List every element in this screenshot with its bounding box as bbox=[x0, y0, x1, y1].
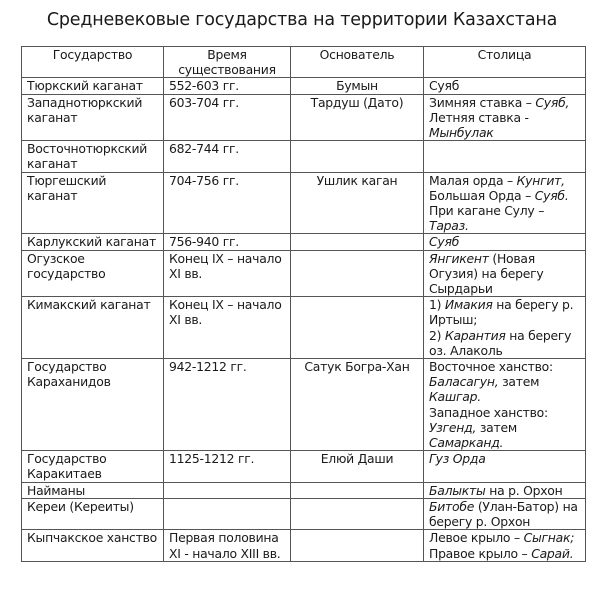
cell-founder: Ушлик каган bbox=[291, 172, 424, 234]
capital-text: 2) bbox=[429, 328, 445, 343]
header-capital: Столица bbox=[424, 47, 586, 78]
cell-state: Восточнотюркский каганат bbox=[22, 141, 164, 172]
cell-period bbox=[164, 498, 291, 529]
header-founder: Основатель bbox=[291, 47, 424, 78]
capital-city-name: Узгенд, bbox=[429, 420, 476, 435]
cell-founder bbox=[291, 498, 424, 529]
capital-text: затем bbox=[498, 374, 539, 389]
capital-city-name: Баласагун, bbox=[429, 374, 498, 389]
cell-capital: Восточное ханство:Баласагун, затем Кашга… bbox=[424, 359, 586, 451]
table-row: Восточнотюркский каганат682-744 гг. bbox=[22, 141, 586, 172]
capital-text: Малая орда – bbox=[429, 173, 517, 188]
cell-state: Тюргешский каганат bbox=[22, 172, 164, 234]
cell-period: 942-1212 гг. bbox=[164, 359, 291, 451]
table-header-row: Государство Время существования Основате… bbox=[22, 47, 586, 78]
capital-city-name: Балыкты bbox=[429, 483, 486, 498]
cell-state: Тюркский каганат bbox=[22, 78, 164, 94]
cell-capital: Битобе (Улан-Батор) на берегу р. Орхон bbox=[424, 498, 586, 529]
cell-state: Западнотюркский каганат bbox=[22, 94, 164, 141]
cell-capital bbox=[424, 141, 586, 172]
capital-text: Восточное ханство: bbox=[429, 359, 553, 374]
capital-text: При кагане Сулу – bbox=[429, 203, 544, 218]
capital-city-name: Кунгит, bbox=[517, 173, 565, 188]
cell-founder: Тардуш (Дато) bbox=[291, 94, 424, 141]
cell-founder: Сатук Богра-Хан bbox=[291, 359, 424, 451]
cell-period: 704-756 гг. bbox=[164, 172, 291, 234]
document-title: Средневековые государства на территории … bbox=[0, 10, 604, 30]
capital-city-name: Мынбулак bbox=[429, 125, 494, 140]
table-row: Тюргешский каганат704-756 гг.Ушлик каган… bbox=[22, 172, 586, 234]
cell-founder bbox=[291, 530, 424, 561]
capital-text: Зимняя ставка – bbox=[429, 95, 535, 110]
cell-period: 603-704 гг. bbox=[164, 94, 291, 141]
cell-founder: Елюй Даши bbox=[291, 451, 424, 482]
capital-city-name: Битобе bbox=[429, 499, 474, 514]
capital-city-name: Тараз. bbox=[429, 218, 469, 233]
cell-founder: Бумын bbox=[291, 78, 424, 94]
cell-capital: Малая орда – Кунгит, Большая Орда – Суяб… bbox=[424, 172, 586, 234]
cell-founder bbox=[291, 250, 424, 297]
cell-capital: Балыкты на р. Орхон bbox=[424, 482, 586, 498]
table-row: Огузское государствоКонец IX – начало XI… bbox=[22, 250, 586, 297]
capital-text: Летняя ставка - bbox=[429, 110, 529, 125]
table-row: Кыпчакское ханствоПервая половина XI - н… bbox=[22, 530, 586, 561]
capital-city-name: Сыгнак; bbox=[524, 530, 575, 545]
capital-text: Правое крыло – bbox=[429, 546, 531, 561]
header-period: Время существования bbox=[164, 47, 291, 78]
table-row: Государство Караханидов942-1212 гг.Сатук… bbox=[22, 359, 586, 451]
capital-city-name: Карантия bbox=[445, 328, 506, 343]
cell-period: 682-744 гг. bbox=[164, 141, 291, 172]
capital-city-name: Самарканд. bbox=[429, 435, 503, 450]
capital-city-name: Гуз Орда bbox=[429, 451, 486, 466]
header-state: Государство bbox=[22, 47, 164, 78]
capital-city-name: Суяб bbox=[429, 234, 459, 249]
capital-city-name: Сарай. bbox=[531, 546, 573, 561]
capital-text: 1) bbox=[429, 297, 445, 312]
table-row: Тюркский каганат552-603 гг.БумынСуяб bbox=[22, 78, 586, 94]
cell-period: 552-603 гг. bbox=[164, 78, 291, 94]
capital-city-name: Янгикент bbox=[429, 251, 489, 266]
cell-state: Найманы bbox=[22, 482, 164, 498]
capital-city-name: Суяб, bbox=[535, 95, 569, 110]
cell-founder bbox=[291, 482, 424, 498]
cell-period: Конец IX – начало XI вв. bbox=[164, 250, 291, 297]
cell-state: Государство Караханидов bbox=[22, 359, 164, 451]
cell-capital: Суяб bbox=[424, 78, 586, 94]
cell-period: 756-940 гг. bbox=[164, 234, 291, 250]
cell-state: Кереи (Кереиты) bbox=[22, 498, 164, 529]
cell-capital: Суяб bbox=[424, 234, 586, 250]
table-row: Кереи (Кереиты)Битобе (Улан-Батор) на бе… bbox=[22, 498, 586, 529]
capital-city-name: Имакия bbox=[445, 297, 493, 312]
capital-city-name: Кашгар. bbox=[429, 389, 481, 404]
capital-text: затем bbox=[476, 420, 517, 435]
cell-period bbox=[164, 482, 291, 498]
table-row: Государство Каракитаев1125-1212 гг.Елюй … bbox=[22, 451, 586, 482]
cell-capital: Левое крыло – Сыгнак; Правое крыло – Сар… bbox=[424, 530, 586, 561]
table-row: НайманыБалыкты на р. Орхон bbox=[22, 482, 586, 498]
capital-text: Большая Орда – bbox=[429, 188, 535, 203]
cell-state: Кыпчакское ханство bbox=[22, 530, 164, 561]
capital-city-name: Суяб. bbox=[535, 188, 569, 203]
cell-capital: Зимняя ставка – Суяб, Летняя ставка - Мы… bbox=[424, 94, 586, 141]
cell-capital: Янгикент (Новая Огузия) на берегу Сырдар… bbox=[424, 250, 586, 297]
states-table: Государство Время существования Основате… bbox=[21, 46, 586, 562]
cell-period: Первая половина XI - начало XIII вв. bbox=[164, 530, 291, 561]
cell-state: Огузское государство bbox=[22, 250, 164, 297]
cell-capital: 1) Имакия на берегу р. Иртыш;2) Карантия… bbox=[424, 297, 586, 359]
capital-text: Левое крыло – bbox=[429, 530, 524, 545]
cell-founder bbox=[291, 234, 424, 250]
cell-state: Кимакский каганат bbox=[22, 297, 164, 359]
cell-state: Карлукский каганат bbox=[22, 234, 164, 250]
cell-state: Государство Каракитаев bbox=[22, 451, 164, 482]
table-row: Карлукский каганат756-940 гг.Суяб bbox=[22, 234, 586, 250]
cell-capital: Гуз Орда bbox=[424, 451, 586, 482]
table-row: Кимакский каганатКонец IX – начало XI вв… bbox=[22, 297, 586, 359]
capital-text: на р. Орхон bbox=[486, 483, 563, 498]
capital-text: Западное ханство: bbox=[429, 405, 548, 420]
cell-founder bbox=[291, 297, 424, 359]
cell-period: Конец IX – начало XI вв. bbox=[164, 297, 291, 359]
table-row: Западнотюркский каганат603-704 гг.Тардуш… bbox=[22, 94, 586, 141]
capital-text: Суяб bbox=[429, 78, 459, 93]
cell-founder bbox=[291, 141, 424, 172]
cell-period: 1125-1212 гг. bbox=[164, 451, 291, 482]
